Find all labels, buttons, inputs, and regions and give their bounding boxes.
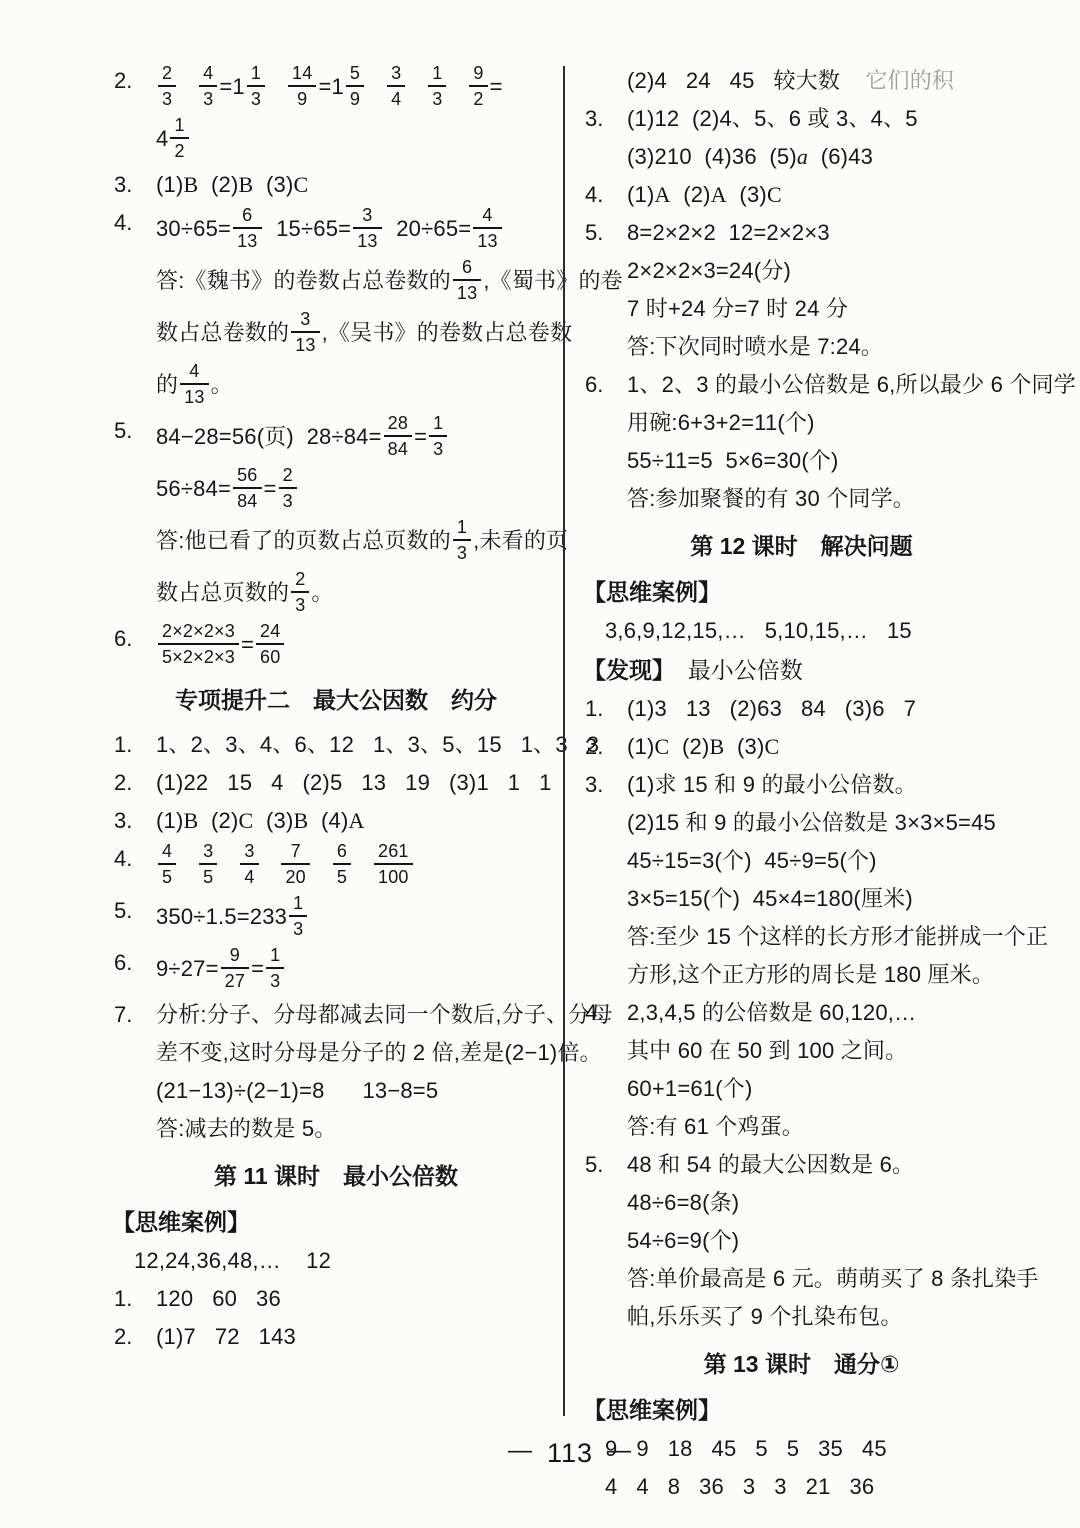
- fraction: 261100: [374, 839, 413, 889]
- item-body: (1)A (2)A (3)C: [627, 176, 1022, 214]
- item-number: 7.: [114, 996, 156, 1148]
- answer-line: (1)求 15 和 9 的最小公倍数。: [627, 766, 1022, 804]
- item-number: 5.: [585, 214, 627, 366]
- answer-item: 1.1、2、3、4、6、12 1、3、5、15 1、3 3: [110, 726, 562, 764]
- answer-line: 答:至少 15 个这样的长方形才能拼成一个正: [627, 918, 1022, 956]
- answer-item: 2.(1)7 72 143: [110, 1318, 562, 1356]
- footer-dash: —: [508, 1437, 533, 1465]
- item-body: 分析:分子、分母都减去同一个数后,分子、分母差不变,这时分母是分子的 2 倍,差…: [156, 996, 562, 1148]
- answer-line: 2×2×2×35×2×2×3=2460: [156, 620, 562, 672]
- fraction: 43: [199, 61, 217, 111]
- answer-line: 3×5=15(个) 45×4=180(厘米): [627, 880, 1022, 918]
- answer-item: 1.120 60 36: [110, 1280, 562, 1318]
- answer-line: (3)210 (4)36 (5)a (6)43: [627, 138, 1022, 176]
- footer-dash: —: [607, 1437, 632, 1465]
- answer-line: 分析:分子、分母都减去同一个数后,分子、分母: [156, 996, 562, 1034]
- answer-line: (1)7 72 143: [156, 1318, 562, 1356]
- answer-line: 30÷65=613 15÷65=313 20÷65=413: [156, 204, 562, 256]
- item-body: 1、2、3、4、6、12 1、3、5、15 1、3 3: [156, 726, 562, 764]
- item-number: 5.: [585, 1146, 627, 1336]
- answer-line: 数占总卷数的313,《吴书》的卷数占总卷数: [156, 308, 562, 360]
- item-body: 84−28=56(页) 28÷84=2884=1356÷84=5684=23答:…: [156, 412, 562, 620]
- answer-item: 5.48 和 54 的最大公因数是 6。48÷6=8(条)54÷6=9(个)答:…: [581, 1146, 1022, 1336]
- answer-line: 用碗:6+3+2=11(个): [627, 404, 1022, 442]
- item-number: 5.: [114, 892, 156, 944]
- item-number: 2.: [114, 62, 156, 166]
- right-column: (2)4 24 45 较大数 它们的积3.(1)12 (2)4、5、6 或 3、…: [581, 0, 1022, 1506]
- answer-line: 方形,这个正方形的周长是 180 厘米。: [627, 956, 1022, 994]
- answer-line: 的413。: [156, 360, 562, 412]
- section-label: 【思维案例】: [583, 579, 721, 605]
- item-number: 2.: [114, 1318, 156, 1356]
- section-label-line: 【发现】 最小公倍数: [581, 650, 1022, 690]
- fraction: 34: [387, 61, 405, 111]
- answer-line: 48 和 54 的最大公因数是 6。: [627, 1146, 1022, 1184]
- fraction: 413: [180, 359, 208, 409]
- answer-line: 84−28=56(页) 28÷84=2884=13: [156, 412, 562, 464]
- answer-line: 9÷27=927=13: [156, 944, 562, 996]
- answer-line: 答:参加聚餐的有 30 个同学。: [627, 480, 1022, 518]
- section-heading: 专项提升二 最大公因数 约分: [110, 680, 562, 720]
- fraction: 12: [170, 113, 188, 163]
- section-label: 【思维案例】: [112, 1209, 250, 1235]
- answer-line: 差不变,这时分母是分子的 2 倍,差是(2−1)倍。: [156, 1034, 562, 1072]
- answer-line: (2)15 和 9 的最小公倍数是 3×3×5=45: [627, 804, 1022, 842]
- fraction: 13: [453, 515, 471, 565]
- item-body: (1)B (2)B (3)C: [156, 166, 562, 204]
- item-number: 4.: [114, 840, 156, 892]
- answer-line: 12,24,36,48,… 12: [134, 1242, 562, 1280]
- fraction: 720: [281, 839, 309, 889]
- fraction: 65: [333, 839, 351, 889]
- fraction: 413: [473, 203, 501, 253]
- answer-item: 6.2×2×2×35×2×2×3=2460: [110, 620, 562, 672]
- fraction: 23: [279, 463, 297, 513]
- answer-item: 6.1、2、3 的最小公倍数是 6,所以最少 6 个同学用碗:6+3+2=11(…: [581, 366, 1022, 518]
- item-body: 30÷65=613 15÷65=313 20÷65=413答:《魏书》的卷数占总…: [156, 204, 562, 412]
- answer-line: 答:单价最高是 6 元。萌萌买了 8 条扎染手: [627, 1260, 1022, 1298]
- item-number: 6.: [114, 620, 156, 672]
- answer-line: 45÷15=3(个) 45÷9=5(个): [627, 842, 1022, 880]
- answer-line: (1)22 15 4 (2)5 13 19 (3)1 1 1: [156, 764, 562, 802]
- answer-line: 60+1=61(个): [627, 1070, 1022, 1108]
- item-body: 8=2×2×2 12=2×2×32×2×2×3=24(分)7 时+24 分=7 …: [627, 214, 1022, 366]
- answer-item: 2.23 43=113 149=159 34 13 92=412: [110, 62, 562, 166]
- section-heading: 第 11 课时 最小公倍数: [110, 1156, 562, 1196]
- answer-line: 答:《魏书》的卷数占总卷数的613,《蜀书》的卷: [156, 256, 562, 308]
- fraction: 5684: [233, 463, 261, 513]
- answer-plain-block: 4 4 8 36 3 3 21 36: [581, 1468, 1022, 1506]
- fraction: 13: [429, 411, 447, 461]
- fraction: 13: [428, 61, 446, 111]
- answer-item: 5.8=2×2×2 12=2×2×32×2×2×3=24(分)7 时+24 分=…: [581, 214, 1022, 366]
- fraction: 613: [453, 255, 481, 305]
- section-label-line: 【思维案例】: [581, 572, 1022, 612]
- answer-line: 45 35 34 720 65 261100: [156, 840, 562, 892]
- item-number: 2.: [585, 728, 627, 766]
- item-body: 9÷27=927=13: [156, 944, 562, 996]
- answer-line: (2)4 24 45 较大数 它们的积: [627, 62, 1022, 100]
- item-body: (1)求 15 和 9 的最小公倍数。(2)15 和 9 的最小公倍数是 3×3…: [627, 766, 1022, 994]
- page-footer: —113—: [0, 1438, 1080, 1469]
- answer-line: 412: [156, 114, 562, 166]
- answer-item: 1.(1)3 13 (2)63 84 (3)6 7: [581, 690, 1022, 728]
- item-number: 3.: [585, 766, 627, 994]
- fraction: 92: [469, 61, 487, 111]
- answer-item: 5.350÷1.5=23313: [110, 892, 562, 944]
- item-body: (1)22 15 4 (2)5 13 19 (3)1 1 1: [156, 764, 562, 802]
- item-body: 2×2×2×35×2×2×3=2460: [156, 620, 562, 672]
- item-body: (1)3 13 (2)63 84 (3)6 7: [627, 690, 1022, 728]
- fraction: 45: [158, 839, 176, 889]
- item-body: (1)B (2)C (3)B (4)A: [156, 802, 562, 840]
- fraction: 35: [199, 839, 217, 889]
- item-number: 1.: [114, 726, 156, 764]
- fraction: 59: [346, 61, 364, 111]
- answer-line: (1)A (2)A (3)C: [627, 176, 1022, 214]
- fraction: 34: [240, 839, 258, 889]
- item-body: 23 43=113 149=159 34 13 92=412: [156, 62, 562, 166]
- answer-line: 3,6,9,12,15,… 5,10,15,… 15: [605, 612, 1022, 650]
- answer-line: 56÷84=5684=23: [156, 464, 562, 516]
- answer-line: (1)3 13 (2)63 84 (3)6 7: [627, 690, 1022, 728]
- section-label-line: 【思维案例】: [110, 1202, 562, 1242]
- answer-line: 2×2×2×3=24(分): [627, 252, 1022, 290]
- fraction: 23: [158, 61, 176, 111]
- answer-plain-block: 12,24,36,48,… 12: [110, 1242, 562, 1280]
- item-number: 2.: [114, 764, 156, 802]
- answer-item: 4.30÷65=613 15÷65=313 20÷65=413答:《魏书》的卷数…: [110, 204, 562, 412]
- answer-item: 6.9÷27=927=13: [110, 944, 562, 996]
- answer-line: (1)B (2)C (3)B (4)A: [156, 802, 562, 840]
- fraction: 313: [291, 307, 319, 357]
- answer-line: 其中 60 在 50 到 100 之间。: [627, 1032, 1022, 1070]
- answer-item: 7.分析:分子、分母都减去同一个数后,分子、分母差不变,这时分母是分子的 2 倍…: [110, 996, 562, 1148]
- item-number: 5.: [114, 412, 156, 620]
- item-number: 3.: [114, 802, 156, 840]
- item-number: 6.: [585, 366, 627, 518]
- item-number: 4.: [585, 176, 627, 214]
- item-body: 48 和 54 的最大公因数是 6。48÷6=8(条)54÷6=9(个)答:单价…: [627, 1146, 1022, 1336]
- fraction: 2884: [384, 411, 412, 461]
- answer-line: 答:减去的数是 5。: [156, 1110, 562, 1148]
- item-body: 2,3,4,5 的公倍数是 60,120,…其中 60 在 50 到 100 之…: [627, 994, 1022, 1146]
- answer-line: 48÷6=8(条): [627, 1184, 1022, 1222]
- item-number: 6.: [114, 944, 156, 996]
- item-body: (1)C (2)B (3)C: [627, 728, 1022, 766]
- fraction: 13: [289, 891, 307, 941]
- answer-line: 答:有 61 个鸡蛋。: [627, 1108, 1022, 1146]
- fraction: 927: [221, 943, 249, 993]
- answer-line: (1)B (2)B (3)C: [156, 166, 562, 204]
- answer-line: 4 4 8 36 3 3 21 36: [605, 1468, 1022, 1506]
- section-heading: 第 12 课时 解决问题: [581, 526, 1022, 566]
- item-number: 3.: [585, 100, 627, 176]
- section-label: 【思维案例】: [583, 1397, 721, 1423]
- answer-line: (1)12 (2)4、5、6 或 3、4、5: [627, 100, 1022, 138]
- item-number: 1.: [114, 1280, 156, 1318]
- faded-text: 它们的积: [865, 68, 954, 93]
- section-label-line: 【思维案例】: [581, 1390, 1022, 1430]
- answer-item: 3.(1)求 15 和 9 的最小公倍数。(2)15 和 9 的最小公倍数是 3…: [581, 766, 1022, 994]
- fraction: 2460: [256, 619, 284, 669]
- answer-line: 23 43=113 149=159 34 13 92=: [156, 62, 562, 114]
- answer-line: 1、2、3 的最小公倍数是 6,所以最少 6 个同学: [627, 366, 1022, 404]
- answer-line: 答:他已看了的页数占总页数的13,未看的页: [156, 516, 562, 568]
- fraction: 2×2×2×35×2×2×3: [158, 619, 239, 669]
- answer-item: 3.(1)B (2)C (3)B (4)A: [110, 802, 562, 840]
- item-body: 1、2、3 的最小公倍数是 6,所以最少 6 个同学用碗:6+3+2=11(个)…: [627, 366, 1022, 518]
- answer-item: 2.(1)C (2)B (3)C: [581, 728, 1022, 766]
- answer-line: 1、2、3、4、6、12 1、3、5、15 1、3 3: [156, 726, 562, 764]
- answer-plain-block: 3,6,9,12,15,… 5,10,15,… 15: [581, 612, 1022, 650]
- page-number: 113: [547, 1438, 593, 1468]
- workbook-answer-page: 2.23 43=113 149=159 34 13 92=4123.(1)B (…: [0, 0, 1080, 1528]
- answer-line: 54÷6=9(个): [627, 1222, 1022, 1260]
- answer-line: 7 时+24 分=7 时 24 分: [627, 290, 1022, 328]
- section-label-rest: 最小公倍数: [675, 657, 803, 683]
- item-body: 120 60 36: [156, 1280, 562, 1318]
- left-column: 2.23 43=113 149=159 34 13 92=4123.(1)B (…: [110, 0, 562, 1356]
- answer-line: 350÷1.5=23313: [156, 892, 562, 944]
- answer-item: 4.45 35 34 720 65 261100: [110, 840, 562, 892]
- answer-line: (21−13)÷(2−1)=8 13−8=5: [156, 1072, 562, 1110]
- answer-line: (1)C (2)B (3)C: [627, 728, 1022, 766]
- item-body: (1)7 72 143: [156, 1318, 562, 1356]
- answer-plain-block: (2)4 24 45 较大数 它们的积: [581, 62, 1022, 100]
- answer-item: 4.(1)A (2)A (3)C: [581, 176, 1022, 214]
- fraction: 313: [353, 203, 381, 253]
- column-divider: [563, 66, 565, 1416]
- fraction: 149: [288, 61, 316, 111]
- section-label: 【发现】: [583, 657, 675, 683]
- answer-item: 3.(1)12 (2)4、5、6 或 3、4、5(3)210 (4)36 (5)…: [581, 100, 1022, 176]
- answer-line: 8=2×2×2 12=2×2×3: [627, 214, 1022, 252]
- fraction: 13: [266, 943, 284, 993]
- item-body: 350÷1.5=23313: [156, 892, 562, 944]
- answer-item: 2.(1)22 15 4 (2)5 13 19 (3)1 1 1: [110, 764, 562, 802]
- item-body: 45 35 34 720 65 261100: [156, 840, 562, 892]
- item-number: 3.: [114, 166, 156, 204]
- item-number: 4.: [585, 994, 627, 1146]
- answer-line: 120 60 36: [156, 1280, 562, 1318]
- item-body: (1)12 (2)4、5、6 或 3、4、5(3)210 (4)36 (5)a …: [627, 100, 1022, 176]
- answer-line: 答:下次同时喷水是 7:24。: [627, 328, 1022, 366]
- item-number: 4.: [114, 204, 156, 412]
- answer-item: 4.2,3,4,5 的公倍数是 60,120,…其中 60 在 50 到 100…: [581, 994, 1022, 1146]
- item-number: 1.: [585, 690, 627, 728]
- answer-line: 2,3,4,5 的公倍数是 60,120,…: [627, 994, 1022, 1032]
- answer-item: 5.84−28=56(页) 28÷84=2884=1356÷84=5684=23…: [110, 412, 562, 620]
- answer-line: 55÷11=5 5×6=30(个): [627, 442, 1022, 480]
- section-heading: 第 13 课时 通分①: [581, 1344, 1022, 1384]
- answer-item: 3.(1)B (2)B (3)C: [110, 166, 562, 204]
- fraction: 23: [291, 567, 309, 617]
- fraction: 613: [233, 203, 261, 253]
- answer-line: 帕,乐乐买了 9 个扎染布包。: [627, 1298, 1022, 1336]
- fraction: 13: [247, 61, 265, 111]
- answer-line: 数占总页数的23。: [156, 568, 562, 620]
